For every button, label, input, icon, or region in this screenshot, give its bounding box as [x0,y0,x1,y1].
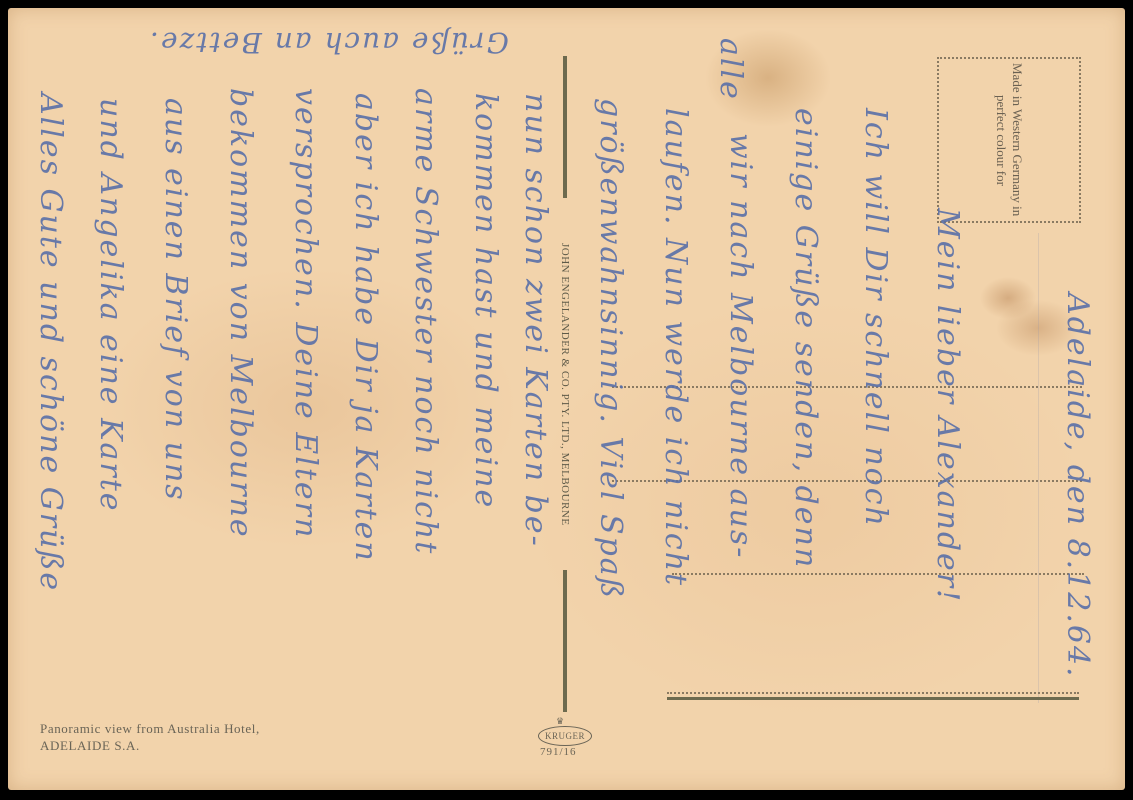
handwriting-salutation: Mein lieber Alexander! [930,208,965,603]
handwriting-line: nun schon zwei Karten be- [518,93,553,548]
caption-line-1: Panoramic view from Australia Hotel, [40,720,260,737]
printer-logo: KRUGER [538,726,592,746]
handwriting-line: Alles Gute und schöne Grüße [33,93,68,592]
handwriting-line: aber ich habe Dir ja Karten [348,93,383,563]
handwriting-date: Adelaide, den 8.12.64. [1060,293,1095,679]
handwriting-line: Ich will Dir schnell noch [858,108,893,528]
address-line-4 [667,692,1079,694]
center-divider-top [563,56,567,198]
handwriting-line: bekommen von Melbourne [223,88,258,539]
handwriting-line: aus einen Brief von uns [158,98,193,502]
handwriting-line: größenwahnsinnig. Viel Spaß [593,98,628,600]
center-divider-bottom [563,570,567,712]
handwriting-line: versprochen. Deine Eltern [288,88,323,539]
handwriting-line: arme Schwester noch nicht [408,88,443,555]
postcard-back: JOHN ENGELANDER & CO. PTY. LTD., MELBOUR… [8,8,1125,790]
handwriting-line: alle [713,38,748,101]
address-line-3 [672,573,1084,575]
handwriting-upside-down: Grüße auch an Bettze. [148,26,509,59]
address-solid-line [667,697,1079,700]
handwriting-line: einige Grüße senden, denn [788,108,823,569]
caption-line-2: ADELAIDE S.A. [40,737,260,754]
handwriting-line: kommen hast und meine [468,93,503,509]
card-number: 791/16 [540,746,577,758]
stamp-box-text: Made in Western Germany in perfect colou… [939,59,1079,221]
handwriting-line: und Angelika eine Karte [93,98,128,513]
publisher-imprint: JOHN ENGELANDER & CO. PTY. LTD., MELBOUR… [553,198,577,570]
picture-caption: Panoramic view from Australia Hotel, ADE… [40,720,260,754]
stamp-box: Made in Western Germany in perfect colou… [937,57,1081,223]
faint-ruled-line [1038,233,1039,703]
handwriting-line: laufen. Nun werde ich nicht [658,108,693,587]
handwriting-line: wir nach Melbourne aus- [723,133,758,559]
